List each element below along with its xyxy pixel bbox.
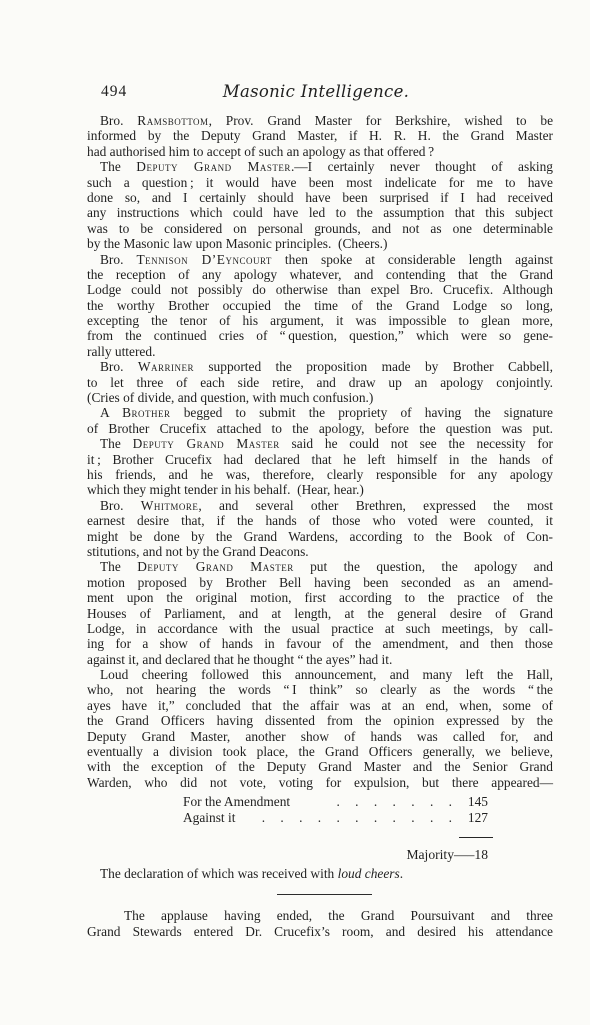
tally-label: For the Amendment [183, 794, 290, 810]
text-line: Grand Stewards entered Dr. Crucefix’s ro… [87, 924, 553, 939]
text-line: it ; Brother Crucefix had declared that … [87, 452, 553, 467]
tally-value: 145 [460, 794, 488, 810]
text-line: had authorised him to accept of such an … [87, 144, 553, 159]
leader-dots: . . . . . . . [290, 794, 460, 810]
text-line: Lodge could not possibly do otherwise th… [87, 282, 553, 297]
text-line: Bro. Warriner supported the proposition … [87, 359, 553, 374]
text-line: Loud cheering followed this announcement… [87, 667, 553, 682]
text-line: done so, and I certainly should have bee… [87, 190, 553, 205]
closing-paragraph: The applause having ended, the Grand Pou… [87, 908, 553, 939]
article-body: Bro. Ramsbottom, Prov. Grand Master for … [87, 113, 553, 790]
text-line: rally uttered. [87, 344, 553, 359]
text-line: excepting the tenor of his argument, it … [87, 313, 553, 328]
text-line: The Deputy Grand Master put the question… [87, 559, 553, 574]
paragraph: Loud cheering followed this announcement… [87, 667, 553, 790]
text-line: such a question ; it would have been mos… [87, 175, 553, 190]
section-divider-rule [277, 894, 372, 895]
text-line: any instructions which could have led to… [87, 205, 553, 220]
text-line: Bro. Ramsbottom, Prov. Grand Master for … [87, 113, 553, 128]
small-caps-name: Whitmore [141, 498, 199, 513]
italic-phrase: loud cheers [338, 866, 400, 881]
text-line: from the continued cries of “ question, … [87, 328, 553, 343]
paragraph: The applause having ended, the Grand Pou… [87, 908, 553, 939]
paragraph: The declaration of which was received wi… [87, 866, 553, 881]
running-head: 494 Masonic Intelligence. [87, 82, 553, 113]
text-line: the Grand Officers having dissented from… [87, 713, 553, 728]
text-line: The Deputy Grand Master.—I certainly nev… [87, 159, 553, 174]
text-line: ment upon the original motion, first acc… [87, 590, 553, 605]
small-caps-name: Deputy Grand Master [137, 559, 294, 574]
small-caps-name: Tennison D’Eyncourt [136, 252, 271, 267]
text-line: informed by the Deputy Grand Master, if … [87, 128, 553, 143]
text-line: Warden, who did not vote, voting for exp… [87, 775, 553, 790]
text-line: eventually a division took place, the Gr… [87, 744, 553, 759]
majority-line: Majority—–18 [87, 847, 488, 863]
text-line: The declaration of which was received wi… [87, 866, 553, 881]
text-line: which they might tender in his behalf. (… [87, 482, 553, 497]
tally-sum-rule [459, 837, 493, 838]
tally-label: Against it [183, 810, 235, 826]
text-line: A Brother begged to submit the propriety… [87, 405, 553, 420]
text-line: (Cries of divide, and question, with muc… [87, 390, 553, 405]
text-line: The applause having ended, the Grand Pou… [87, 908, 553, 923]
leader-dots: . . . . . . . . . . . [235, 810, 460, 826]
text-line: the reception of any apology whatever, a… [87, 267, 553, 282]
paragraph: The Deputy Grand Master said he could no… [87, 436, 553, 498]
text-line: motion proposed by Brother Bell having b… [87, 575, 553, 590]
small-caps-name: Deputy Grand Master [136, 159, 291, 174]
paragraph: The Deputy Grand Master.—I certainly nev… [87, 159, 553, 251]
running-title: Masonic Intelligence. [87, 82, 545, 101]
tally-row: Against it. . . . . . . . . . .127 [183, 810, 488, 826]
small-caps-name: Ramsbottom [137, 113, 208, 128]
text-line: by the Masonic law upon Masonic principl… [87, 236, 553, 251]
tally-row: For the Amendment. . . . . . .145 [183, 794, 488, 810]
document-page: 494 Masonic Intelligence. Bro. Ramsbotto… [87, 82, 553, 939]
declaration-line: The declaration of which was received wi… [87, 866, 553, 881]
paragraph: Bro. Ramsbottom, Prov. Grand Master for … [87, 113, 553, 159]
text-line: Houses of Parliament, and at length, at … [87, 606, 553, 621]
tally-value: 127 [460, 810, 488, 826]
text-line: against it, and declared that he thought… [87, 652, 553, 667]
text-line: might be done by the Grand Wardens, acco… [87, 529, 553, 544]
vote-tally: For the Amendment. . . . . . .145Against… [183, 794, 488, 825]
paragraph: Bro. Warriner supported the proposition … [87, 359, 553, 405]
text-line: Lodge, in accordance with the usual prac… [87, 621, 553, 636]
paragraph: The Deputy Grand Master put the question… [87, 559, 553, 667]
text-line: was to be considered on personal grounds… [87, 221, 553, 236]
small-caps-name: Warriner [138, 359, 194, 374]
text-line: the worthy Brother occupied the time of … [87, 298, 553, 313]
text-line: The Deputy Grand Master said he could no… [87, 436, 553, 451]
text-line: with the exception of the Deputy Grand M… [87, 759, 553, 774]
paragraph: Bro. Whitmore, and several other Brethre… [87, 498, 553, 560]
paragraph: A Brother begged to submit the propriety… [87, 405, 553, 436]
text-line: Bro. Whitmore, and several other Brethre… [87, 498, 553, 513]
small-caps-name: Brother [122, 405, 170, 420]
text-line: Deputy Grand Master, another show of han… [87, 729, 553, 744]
paragraph: Bro. Tennison D’Eyncourt then spoke at c… [87, 252, 553, 360]
text-line: of Brother Crucefix attached to the apol… [87, 421, 553, 436]
text-line: earnest desire that, if the hands of tho… [87, 513, 553, 528]
text-line: who, not hearing the words “ I think” so… [87, 682, 553, 697]
text-line: to let three of each side retire, and dr… [87, 375, 553, 390]
text-line: Bro. Tennison D’Eyncourt then spoke at c… [87, 252, 553, 267]
small-caps-name: Deputy Grand Master [133, 436, 280, 451]
text-line: his friends, and he was, therefore, clea… [87, 467, 553, 482]
text-line: ayes have it,” concluded that the affair… [87, 698, 553, 713]
text-line: ing for a show of hands in favour of the… [87, 636, 553, 651]
text-line: stitutions, and not by the Grand Deacons… [87, 544, 553, 559]
